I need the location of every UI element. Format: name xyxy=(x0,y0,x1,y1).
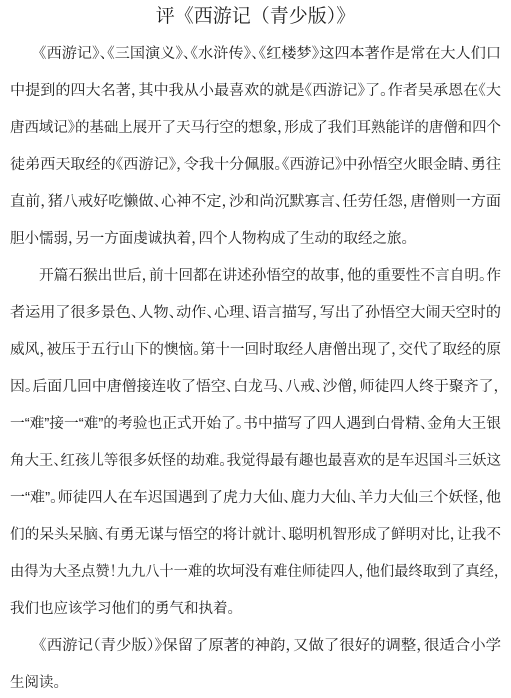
line-text: 因。后面几回中唐僧接连收了悟空、白龙马、八戒、沙僧，师徒四人终于聚齐了， xyxy=(10,369,501,406)
text-line: 胆小懦弱，另一方面虔诚执着，四个人物构成了生动的取经之旅。 xyxy=(10,221,501,258)
text-line: 《西游记（青少版）》保留了原著的神韵，又做了很好的调整，很适合小学 xyxy=(10,628,501,665)
line-text: 《西游记（青少版）》保留了原著的神韵，又做了很好的调整，很适合小学 xyxy=(39,628,501,665)
paragraph: 《西游记》、《三国演义》、《水浒传》、《红楼梦》这四本著作是常在大人们口中提到的… xyxy=(10,36,501,258)
line-text: 由得为大圣点赞！九九八十一难的坎坷没有难住师徒四人，他们最终取到了真经， xyxy=(10,554,501,591)
line-text: 一“难”。师徒四人在车迟国遇到了虎力大仙、鹿力大仙、羊力大仙三个妖怪，他 xyxy=(10,480,501,517)
line-text: 一“难”接一“难”的考验也正式开始了。书中描写了四人遇到白骨精、金角大王银 xyxy=(10,406,501,443)
text-line: 开篇石猴出世后，前十回都在讲述孙悟空的故事，他的重要性不言自明。作 xyxy=(10,258,501,295)
line-text: 角大王、红孩儿等很多妖怪的劫难。我觉得最有趣也最喜欢的是车迟国斗三妖这 xyxy=(10,443,501,480)
text-line: 者运用了很多景色、人物、动作、心理、语言描写，写出了孙悟空大闹天空时的 xyxy=(10,295,501,332)
essay-content: 《西游记》、《三国演义》、《水浒传》、《红楼梦》这四本著作是常在大人们口中提到的… xyxy=(10,36,501,698)
text-line: 我们也应该学习他们的勇气和执着。 xyxy=(10,591,501,628)
line-text: 者运用了很多景色、人物、动作、心理、语言描写，写出了孙悟空大闹天空时的 xyxy=(10,295,501,332)
text-line: 唐西域记》的基础上展开了天马行空的想象，形成了我们耳熟能详的唐僧和四个 xyxy=(10,110,501,147)
line-text: 开篇石猴出世后，前十回都在讲述孙悟空的故事，他的重要性不言自明。作 xyxy=(39,258,501,295)
text-line: 因。后面几回中唐僧接连收了悟空、白龙马、八戒、沙僧，师徒四人终于聚齐了， xyxy=(10,369,501,406)
text-line: 中提到的四大名著，其中我从小最喜欢的就是《西游记》了。作者吴承恩在《大 xyxy=(10,73,501,110)
paragraph: 《西游记（青少版）》保留了原著的神韵，又做了很好的调整，很适合小学生阅读。 xyxy=(10,628,501,698)
paragraph: 开篇石猴出世后，前十回都在讲述孙悟空的故事，他的重要性不言自明。作者运用了很多景… xyxy=(10,258,501,628)
line-text: 我们也应该学习他们的勇气和执着。 xyxy=(10,591,235,628)
text-line: 生阅读。 xyxy=(10,665,501,698)
line-text: 胆小懦弱，另一方面虔诚执着，四个人物构成了生动的取经之旅。 xyxy=(10,221,409,258)
text-line: 们的呆头呆脑、有勇无谋与悟空的将计就计、聪明机智形成了鲜明对比，让我不 xyxy=(10,517,501,554)
line-text: 威风，被压于五行山下的懊恼。第十一回时取经人唐僧出现了，交代了取经的原 xyxy=(10,332,501,369)
text-line: 一“难”。师徒四人在车迟国遇到了虎力大仙、鹿力大仙、羊力大仙三个妖怪，他 xyxy=(10,480,501,517)
text-line: 徒弟西天取经的《西游记》，令我十分佩服。《西游记》中孙悟空火眼金睛、勇往 xyxy=(10,147,501,184)
line-text: 唐西域记》的基础上展开了天马行空的想象，形成了我们耳熟能详的唐僧和四个 xyxy=(10,110,501,147)
line-text: 生阅读。 xyxy=(10,665,61,698)
text-line: 直前，猪八戒好吃懒做、心神不定，沙和尚沉默寡言、任劳任怨，唐僧则一方面 xyxy=(10,184,501,221)
text-line: 角大王、红孩儿等很多妖怪的劫难。我觉得最有趣也最喜欢的是车迟国斗三妖这 xyxy=(10,443,501,480)
line-text: 中提到的四大名著，其中我从小最喜欢的就是《西游记》了。作者吴承恩在《大 xyxy=(10,73,501,110)
essay-page: 评《西游记（青少版）》 《西游记》、《三国演义》、《水浒传》、《红楼梦》这四本著… xyxy=(0,0,511,698)
text-line: 一“难”接一“难”的考验也正式开始了。书中描写了四人遇到白骨精、金角大王银 xyxy=(10,406,501,443)
line-text: 徒弟西天取经的《西游记》，令我十分佩服。《西游记》中孙悟空火眼金睛、勇往 xyxy=(10,147,501,184)
line-text: 们的呆头呆脑、有勇无谋与悟空的将计就计、聪明机智形成了鲜明对比，让我不 xyxy=(10,517,501,554)
line-text: 直前，猪八戒好吃懒做、心神不定，沙和尚沉默寡言、任劳任怨，唐僧则一方面 xyxy=(10,184,501,221)
text-line: 由得为大圣点赞！九九八十一难的坎坷没有难住师徒四人，他们最终取到了真经， xyxy=(10,554,501,591)
text-line: 威风，被压于五行山下的懊恼。第十一回时取经人唐僧出现了，交代了取经的原 xyxy=(10,332,501,369)
line-text: 《西游记》、《三国演义》、《水浒传》、《红楼梦》这四本著作是常在大人们口 xyxy=(39,36,501,73)
essay-title: 评《西游记（青少版）》 xyxy=(10,2,501,32)
text-line: 《西游记》、《三国演义》、《水浒传》、《红楼梦》这四本著作是常在大人们口 xyxy=(10,36,501,73)
